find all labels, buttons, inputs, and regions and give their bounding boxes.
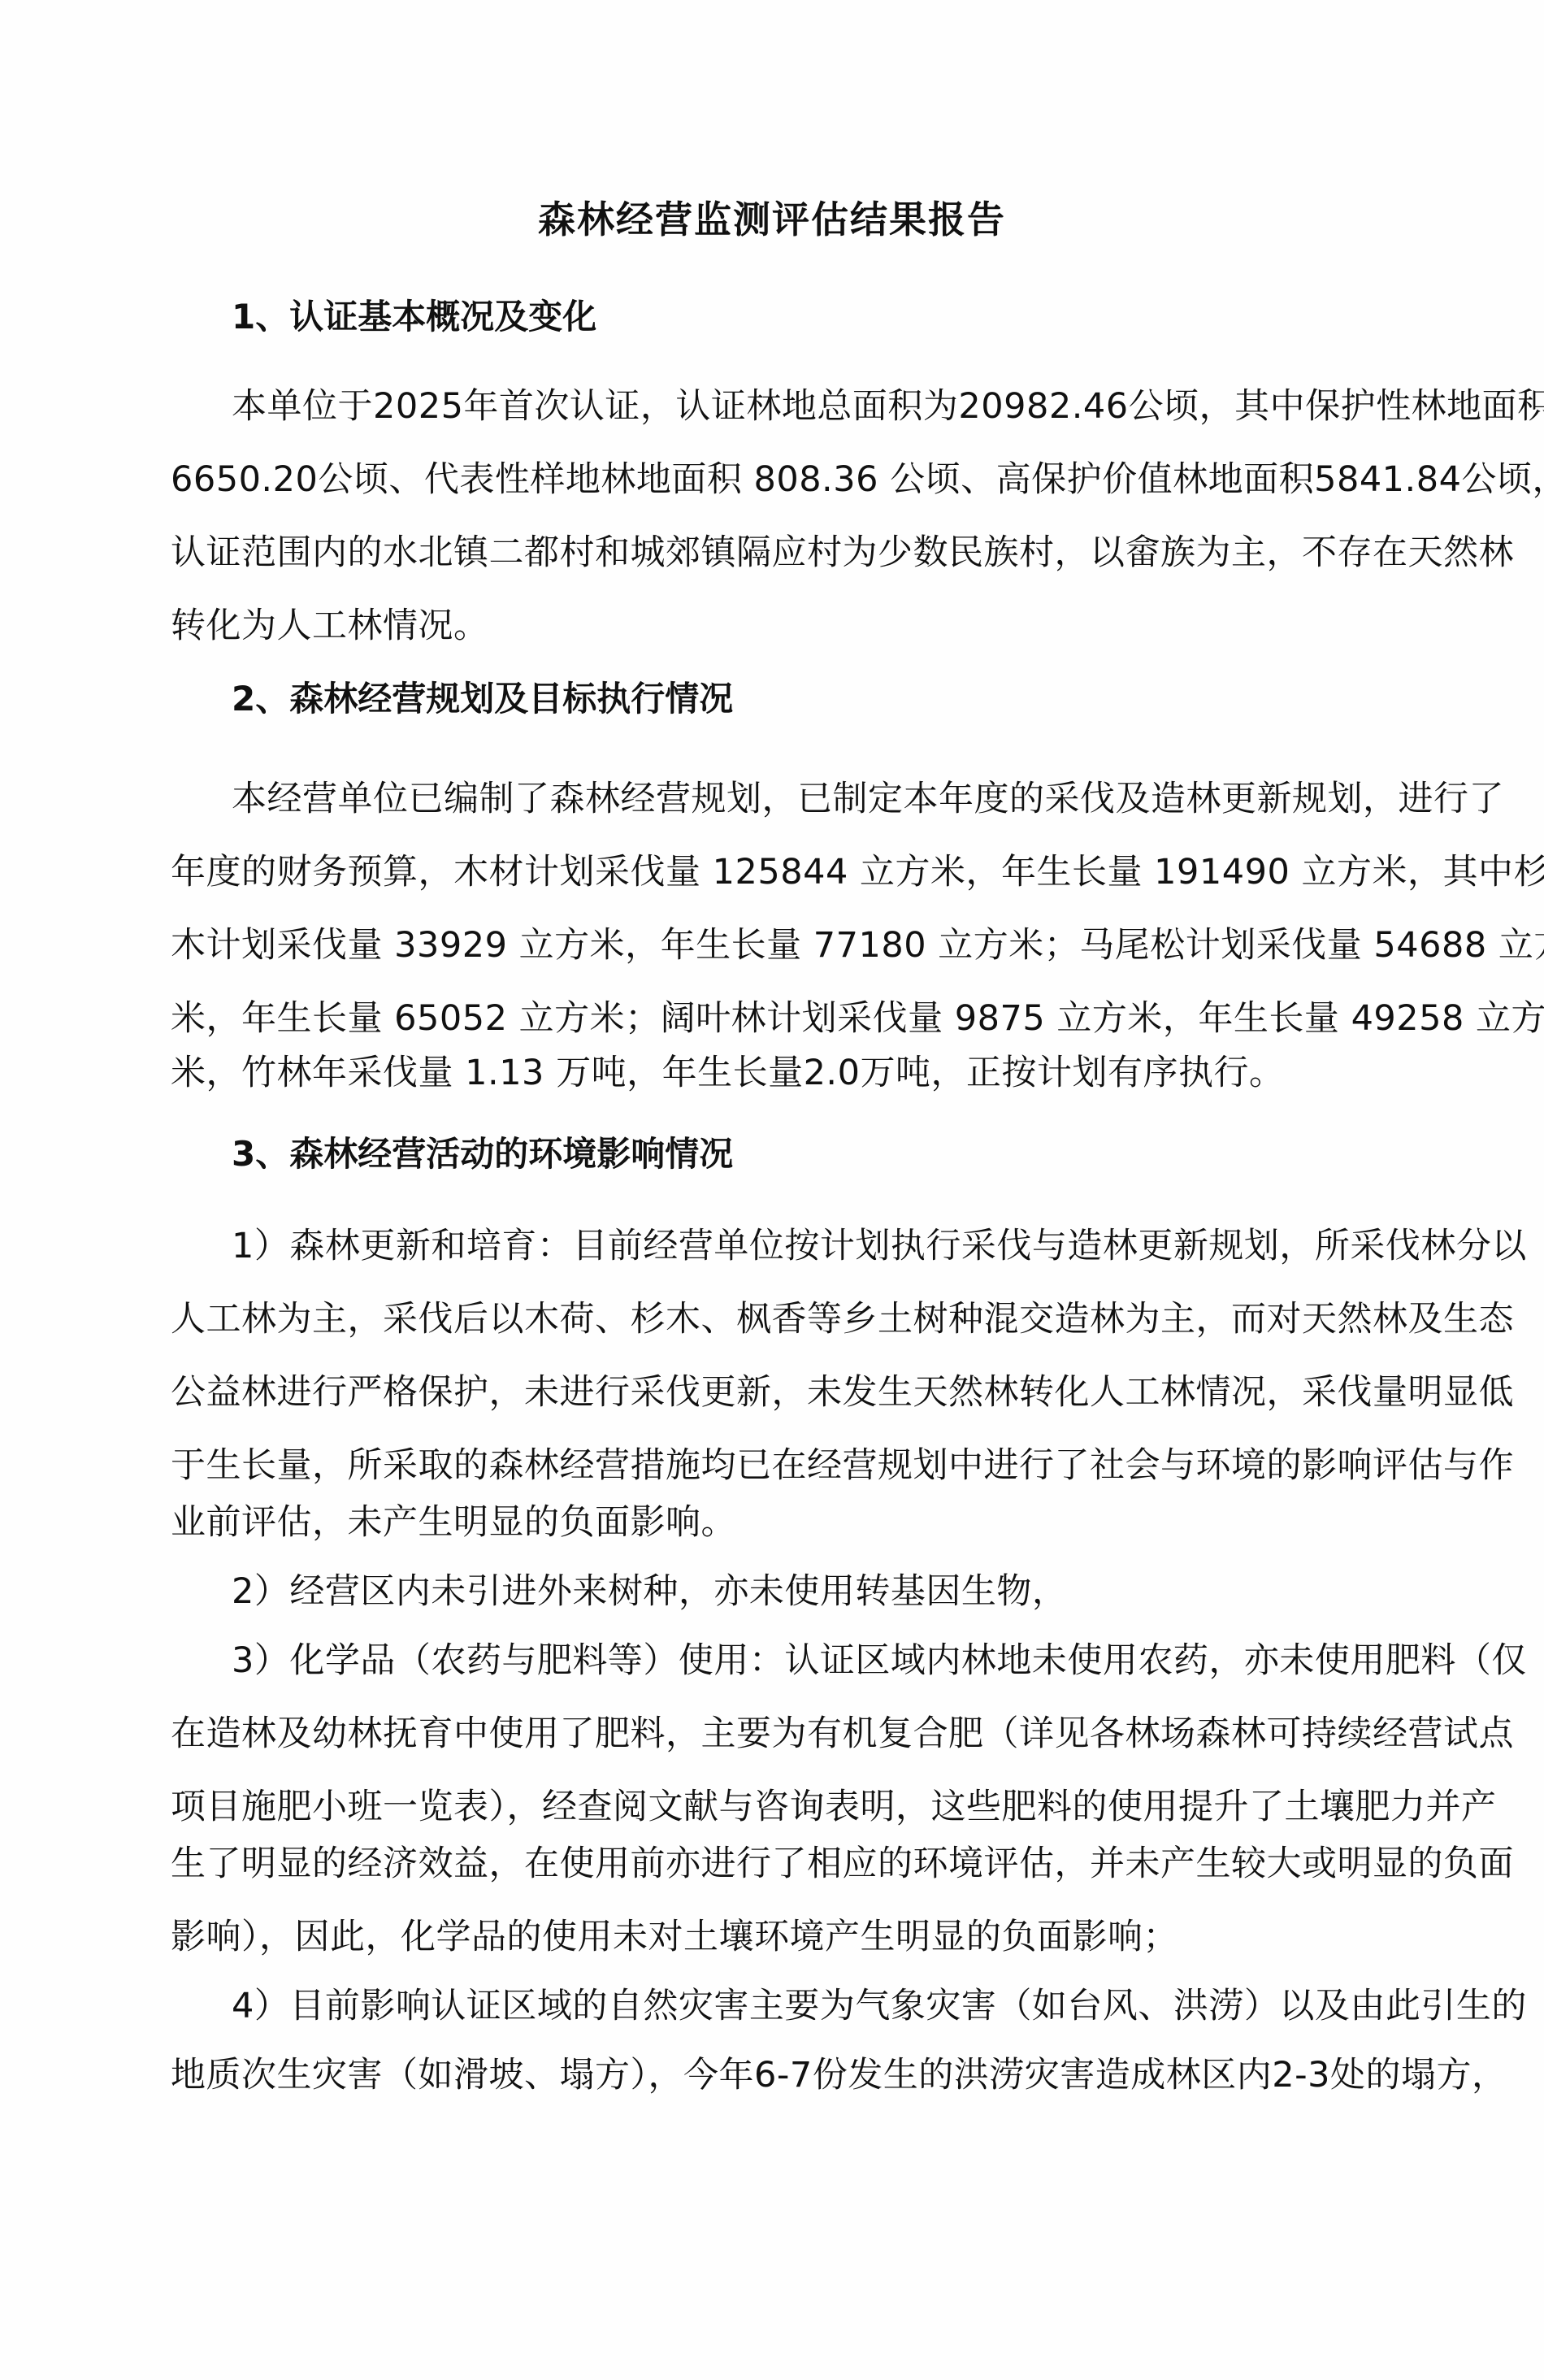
paragraph-line: 认证范围内的水北镇二都村和城郊镇隔应村为少数民族村，以畲族为主，不存在天然林 [171, 530, 1373, 575]
list-item-line: 地质次生灾害（如滑坡、塌方），今年6-7份发生的洪涝灾害造成林区内2-3处的塌方… [171, 2052, 1373, 2098]
section-heading-2: 2、森林经营规划及目标执行情况 [232, 676, 733, 722]
list-item-line: 4）目前影响认证区域的自然灾害主要为气象灾害（如台风、洪涝）以及由此引生的 [232, 1983, 1373, 2029]
list-item-line: 项目施肥小班一览表），经查阅文献与咨询表明，这些肥料的使用提升了土壤肥力并产 [171, 1784, 1373, 1830]
list-item-line: 1）森林更新和培育：目前经营单位按计划执行采伐与造林更新规划，所采伐林分以 [232, 1223, 1373, 1269]
list-item-line: 在造林及幼林抚育中使用了肥料，主要为有机复合肥（详见各林场森林可持续经营试点 [171, 1711, 1373, 1757]
paragraph-line: 年度的财务预算，木材计划采伐量 125844 立方米，年生长量 191490 立… [171, 849, 1373, 895]
list-item-line: 业前评估，未产生明显的负面影响。 [171, 1500, 1373, 1545]
section-heading-1: 1、认证基本概况及变化 [232, 294, 596, 340]
document-title: 森林经营监测评估结果报告 [0, 195, 1544, 244]
paragraph-line: 转化为人工林情况。 [171, 603, 1373, 649]
paragraph-line: 米，竹林年采伐量 1.13 万吨，年生长量2.0万吨，正按计划有序执行。 [171, 1050, 1373, 1096]
paragraph-line: 本经营单位已编制了森林经营规划，已制定本年度的采伐及造林更新规划，进行了 [232, 776, 1373, 822]
list-item-line: 生了明显的经济效益，在使用前亦进行了相应的环境评估，并未产生较大或明显的负面 [171, 1841, 1373, 1887]
paragraph-line: 米，年生长量 65052 立方米；阔叶林计划采伐量 9875 立方米，年生长量 … [171, 996, 1373, 1041]
paragraph-line: 6650.20公顷、代表性样地林地面积 808.36 公顷、高保护价值林地面积5… [171, 457, 1373, 502]
list-item-line: 2）经营区内未引进外来树种，亦未使用转基因生物， [232, 1569, 1373, 1614]
document-page: 森林经营监测评估结果报告 1、认证基本概况及变化 本单位于2025年首次认证，认… [0, 0, 1544, 2380]
list-item-line: 于生长量，所采取的森林经营措施均已在经营规划中进行了社会与环境的影响评估与作 [171, 1443, 1373, 1488]
list-item-line: 人工林为主，采伐后以木荷、杉木、枫香等乡土树种混交造林为主，而对天然林及生态 [171, 1296, 1373, 1342]
list-item-line: 影响），因此，化学品的使用未对土壤环境产生明显的负面影响； [171, 1914, 1373, 1960]
list-item-line: 公益林进行严格保护，未进行采伐更新，未发生天然林转化人工林情况，采伐量明显低 [171, 1370, 1373, 1415]
list-item-line: 3）化学品（农药与肥料等）使用：认证区域内林地未使用农药，亦未使用肥料（仅 [232, 1638, 1373, 1683]
section-heading-3: 3、森林经营活动的环境影响情况 [232, 1131, 733, 1177]
paragraph-line: 木计划采伐量 33929 立方米，年生长量 77180 立方米；马尾松计划采伐量… [171, 923, 1373, 968]
paragraph-line: 本单位于2025年首次认证，认证林地总面积为20982.46公顷，其中保护性林地… [232, 384, 1373, 429]
